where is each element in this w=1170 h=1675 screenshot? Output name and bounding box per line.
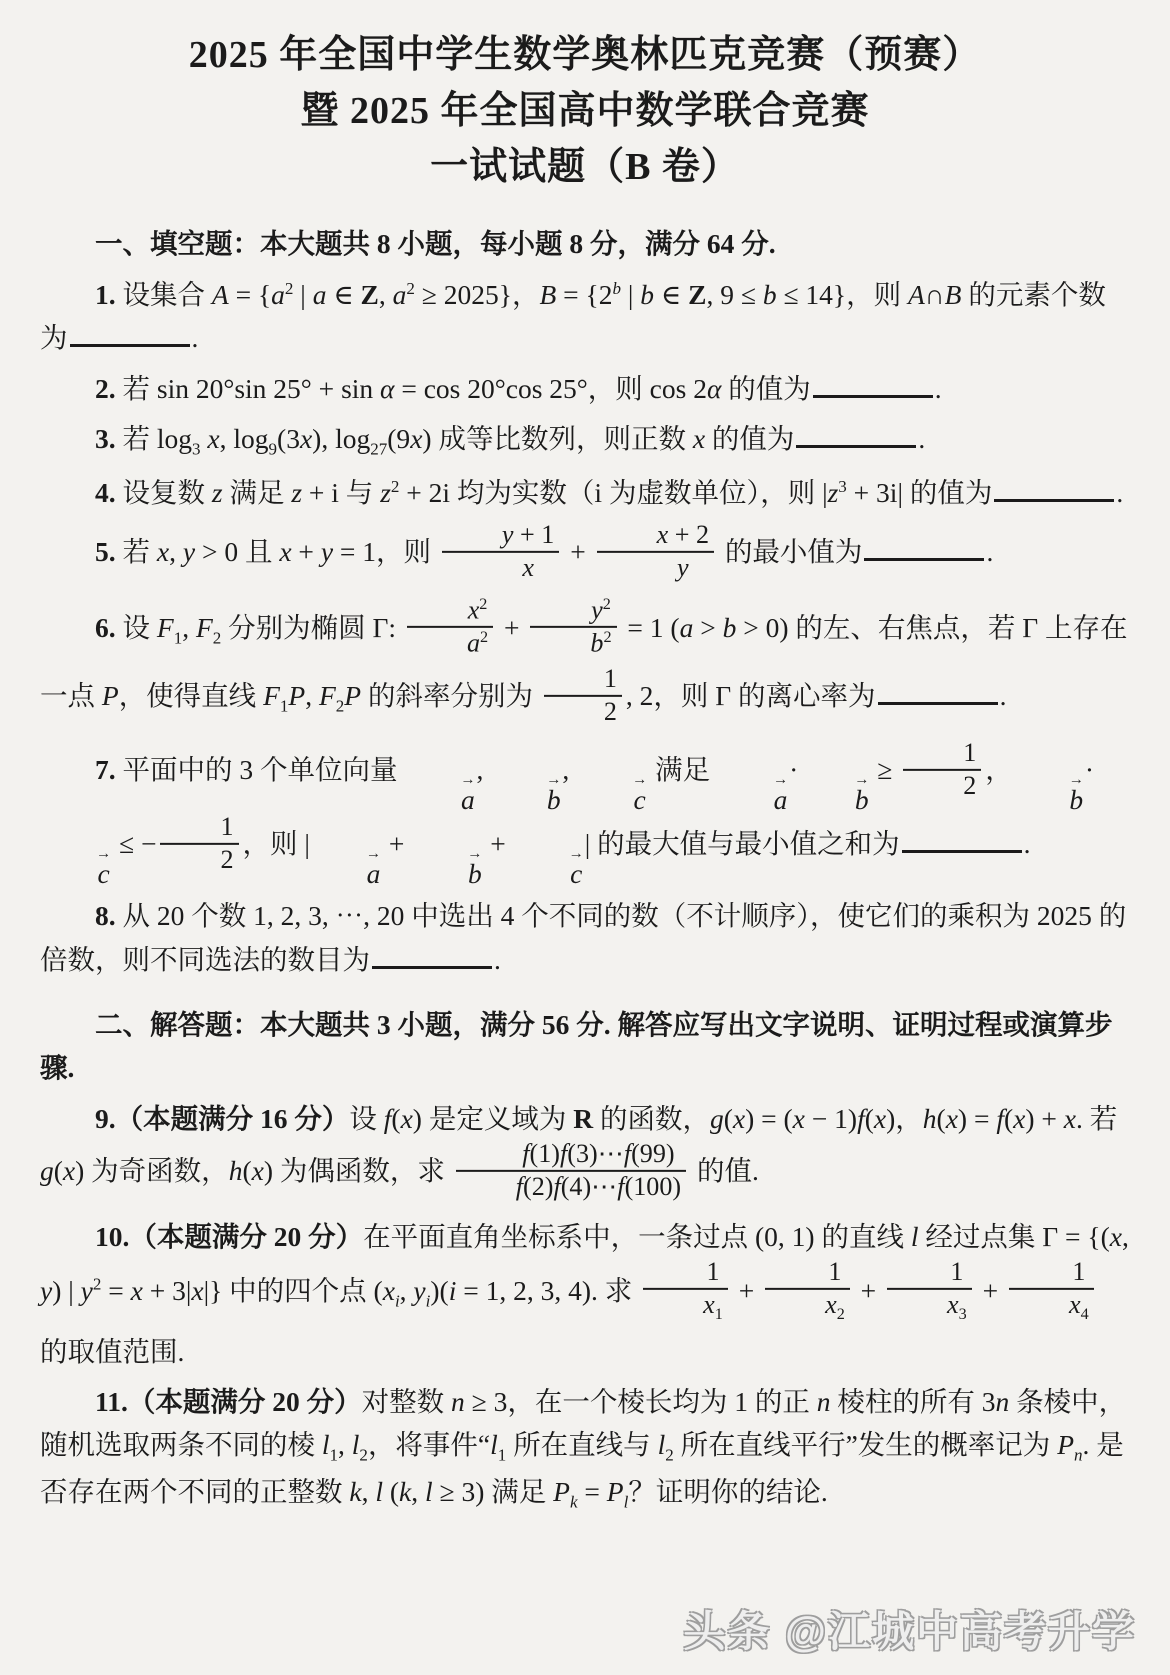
math-variable: f bbox=[384, 1103, 392, 1134]
fraction: 12 bbox=[160, 812, 238, 876]
math-variable: n bbox=[817, 1386, 831, 1417]
section-heading-2: 二、解答题：本大题共 3 小题，满分 56 分. 解答应写出文字说明、证明过程或… bbox=[40, 1003, 1130, 1090]
fraction: x2a2 bbox=[407, 595, 493, 660]
math-variable: y bbox=[81, 1275, 93, 1306]
math-variable: x bbox=[191, 1275, 203, 1306]
subscript: l bbox=[624, 1492, 629, 1511]
math-variable: x bbox=[131, 1275, 143, 1306]
question-10: 10.（本题满分 20 分）在平面直角坐标系中，一条过点 (0, 1) 的直线 … bbox=[40, 1215, 1130, 1373]
math-variable: i bbox=[449, 1275, 457, 1306]
vector: →a bbox=[405, 777, 475, 813]
math-variable: l bbox=[322, 1429, 330, 1460]
math-variable: x bbox=[207, 423, 219, 454]
math-variable: k bbox=[399, 1476, 411, 1507]
math-variable: P bbox=[344, 680, 361, 711]
math-variable: l bbox=[375, 1476, 383, 1507]
fraction-numerator: 1 bbox=[887, 1257, 972, 1290]
bold-text: 1. bbox=[95, 279, 116, 310]
subscript: 3 bbox=[959, 1305, 967, 1323]
math-variable: b bbox=[640, 279, 654, 310]
math-variable: a bbox=[680, 612, 694, 643]
superscript: 2 bbox=[391, 476, 400, 495]
fraction-denominator: 2 bbox=[903, 771, 981, 802]
watermark: 头条 @江城中高考升学 bbox=[683, 1599, 1136, 1659]
superscript: 2 bbox=[479, 595, 487, 613]
vector-letter: a bbox=[719, 786, 788, 814]
answer-blank bbox=[994, 497, 1114, 502]
question-6: 6. 设 F1, F2 分别为椭圆 Γ: x2a2 + y2b2 = 1 (a … bbox=[40, 596, 1130, 733]
vector: →b bbox=[799, 777, 869, 813]
math-variable: x bbox=[1013, 1103, 1025, 1134]
subscript: 9 bbox=[269, 440, 278, 459]
vector: →a bbox=[311, 851, 381, 887]
fraction: 12 bbox=[903, 738, 981, 802]
vector-letter: a bbox=[312, 860, 381, 888]
superscript: 2 bbox=[480, 628, 488, 646]
fraction-denominator: 2 bbox=[544, 696, 622, 727]
fraction-denominator: x4 bbox=[1009, 1290, 1094, 1324]
superscript: 2 bbox=[93, 1275, 102, 1294]
math-variable: F bbox=[196, 612, 213, 643]
vector-letter: c bbox=[579, 786, 646, 814]
math-variable: P bbox=[288, 680, 305, 711]
math-variable: x bbox=[1110, 1221, 1122, 1252]
math-variable: x bbox=[63, 1155, 75, 1186]
subscript: 1 bbox=[174, 628, 183, 647]
subscript: 2 bbox=[837, 1305, 845, 1323]
superscript: 2 bbox=[406, 279, 415, 298]
bold-text: 二、解答题：本大题共 3 小题，满分 56 分. 解答应写出文字说明、证明过程或… bbox=[40, 1009, 1113, 1083]
math-variable: x bbox=[1064, 1103, 1076, 1134]
math-variable: x bbox=[383, 1275, 395, 1306]
fraction: 1x1 bbox=[643, 1257, 728, 1324]
math-variable: y bbox=[183, 536, 195, 567]
math-set-symbol: R bbox=[573, 1103, 593, 1134]
exam-body: 一、填空题：本大题共 8 小题，每小题 8 分，满分 64 分.1. 设集合 A… bbox=[40, 222, 1130, 1516]
math-variable: P bbox=[102, 680, 119, 711]
fraction-numerator: f(1)f(3)⋯f(99) bbox=[456, 1139, 686, 1172]
bold-text: 4. bbox=[95, 477, 116, 508]
math-variable: B bbox=[945, 279, 962, 310]
subscript: 27 bbox=[370, 440, 387, 459]
question-5: 5. 若 x, y > 0 且 x + y = 1，则 y + 1x + x +… bbox=[40, 521, 1130, 589]
fraction-denominator: x bbox=[442, 553, 559, 584]
exam-title-line-1: 2025 年全国中学生数学奥林匹克竞赛（预赛） bbox=[40, 30, 1130, 80]
fraction-numerator: y + 1 bbox=[442, 520, 559, 553]
fraction-numerator: 1 bbox=[643, 1257, 728, 1290]
superscript: b bbox=[612, 279, 621, 298]
math-variable: g bbox=[40, 1155, 54, 1186]
fraction: y2b2 bbox=[530, 595, 616, 660]
subscript: 2 bbox=[665, 1446, 674, 1465]
math-variable: a bbox=[313, 279, 327, 310]
fraction-numerator: 1 bbox=[1009, 1257, 1094, 1290]
math-variable: f bbox=[560, 1139, 567, 1168]
math-variable: n bbox=[451, 1386, 465, 1417]
math-variable: z bbox=[828, 477, 839, 508]
math-variable: x bbox=[657, 520, 669, 549]
answer-blank bbox=[864, 556, 984, 561]
math-variable: z bbox=[380, 477, 391, 508]
bold-text: 8. bbox=[95, 900, 116, 931]
vector: →b bbox=[412, 851, 482, 887]
math-variable: F bbox=[263, 680, 280, 711]
math-variable: x bbox=[410, 423, 422, 454]
fraction: 1x4 bbox=[1009, 1257, 1094, 1324]
math-variable: n bbox=[995, 1386, 1009, 1417]
fraction: 1x2 bbox=[765, 1257, 850, 1324]
subscript: 3 bbox=[192, 440, 201, 459]
math-variable: x bbox=[793, 1103, 805, 1134]
subscript: k bbox=[570, 1492, 578, 1511]
fraction-denominator: x1 bbox=[643, 1290, 728, 1324]
math-variable: f bbox=[522, 1139, 529, 1168]
answer-blank bbox=[796, 443, 916, 448]
subscript: 4 bbox=[1081, 1305, 1089, 1323]
vector-letter: b bbox=[413, 860, 482, 888]
superscript: 2 bbox=[603, 628, 611, 646]
math-variable: f bbox=[624, 1139, 631, 1168]
bold-text: 11.（本题满分 20 分） bbox=[95, 1386, 362, 1417]
subscript: 2 bbox=[213, 628, 222, 647]
subscript: 2 bbox=[336, 696, 345, 715]
fraction-denominator: y bbox=[597, 553, 714, 584]
math-variable: a bbox=[467, 629, 480, 658]
math-variable: h bbox=[229, 1155, 243, 1186]
math-variable: l bbox=[490, 1429, 498, 1460]
fraction: 1x3 bbox=[887, 1257, 972, 1324]
question-9: 9.（本题满分 16 分）设 f(x) 是定义域为 R 的函数，g(x) = (… bbox=[40, 1097, 1130, 1208]
fraction-numerator: 1 bbox=[903, 738, 981, 771]
math-variable: F bbox=[319, 680, 336, 711]
math-set-symbol: Z bbox=[688, 279, 706, 310]
bold-text: 5. bbox=[95, 536, 116, 567]
fraction-denominator: x2 bbox=[765, 1290, 850, 1324]
bold-text: 7. bbox=[95, 754, 116, 785]
superscript: 3 bbox=[838, 476, 847, 495]
fraction-numerator: 1 bbox=[160, 812, 238, 845]
math-variable: y bbox=[40, 1275, 52, 1306]
bold-text: 2. bbox=[95, 373, 116, 404]
math-variable: x bbox=[947, 1290, 959, 1319]
math-variable: x bbox=[522, 553, 534, 582]
math-variable: h bbox=[923, 1103, 937, 1134]
math-variable: l bbox=[624, 1492, 629, 1511]
math-variable: x bbox=[825, 1290, 837, 1319]
vector-letter: a bbox=[406, 786, 475, 814]
vector: →a bbox=[718, 777, 788, 813]
math-variable: y bbox=[413, 1275, 425, 1306]
vector-letter: b bbox=[492, 786, 561, 814]
vector-letter: c bbox=[42, 860, 109, 888]
math-variable: x bbox=[693, 423, 705, 454]
answer-blank bbox=[813, 393, 933, 398]
fraction: 12 bbox=[544, 664, 622, 728]
answer-blank bbox=[70, 342, 190, 347]
vector: →c bbox=[577, 777, 647, 813]
fraction-denominator: b2 bbox=[530, 628, 616, 660]
math-variable: z bbox=[212, 477, 223, 508]
fraction: x + 2y bbox=[597, 520, 714, 584]
question-7: 7. 平面中的 3 个单位向量 →a, →b, →c 满足 →a·→b ≥ 12… bbox=[40, 739, 1130, 887]
math-variable: x bbox=[946, 1103, 958, 1134]
subscript: n bbox=[1074, 1446, 1083, 1465]
vector: →c bbox=[514, 851, 584, 887]
math-variable: x bbox=[874, 1103, 886, 1134]
answer-blank bbox=[372, 964, 492, 969]
answer-blank bbox=[902, 848, 1022, 853]
math-variable: b bbox=[763, 279, 777, 310]
math-variable: a bbox=[271, 279, 285, 310]
subscript: 1 bbox=[498, 1446, 507, 1465]
math-set-symbol: Z bbox=[361, 279, 379, 310]
math-variable: x bbox=[703, 1290, 715, 1319]
exam-title-line-2: 暨 2025 年全国高中数学联合竞赛 bbox=[40, 86, 1130, 136]
math-variable: x bbox=[401, 1103, 413, 1134]
math-variable: y bbox=[677, 553, 689, 582]
question-3: 3. 若 log3 x, log9(3x), log27(9x) 成等比数列，则… bbox=[40, 417, 1130, 463]
math-variable: P bbox=[553, 1476, 570, 1507]
math-variable: B bbox=[539, 279, 556, 310]
math-variable: x bbox=[157, 536, 169, 567]
math-variable: P bbox=[607, 1476, 624, 1507]
math-variable: k bbox=[570, 1492, 578, 1511]
subscript: 2 bbox=[359, 1446, 368, 1465]
math-variable: x bbox=[733, 1103, 745, 1134]
question-1: 1. 设集合 A = {a2 | a ∈ Z, a2 ≥ 2025}，B = {… bbox=[40, 273, 1130, 360]
math-variable: f bbox=[857, 1103, 865, 1134]
question-11: 11.（本题满分 20 分）对整数 n ≥ 3，在一个棱长均为 1 的正 n 棱… bbox=[40, 1380, 1130, 1516]
math-variable: i bbox=[395, 1292, 400, 1311]
superscript: 2 bbox=[285, 279, 294, 298]
subscript: i bbox=[426, 1292, 431, 1311]
fraction-denominator: 2 bbox=[160, 845, 238, 876]
fraction-denominator: a2 bbox=[407, 628, 493, 660]
question-2: 2. 若 sin 20°sin 25° + sin α = cos 20°cos… bbox=[40, 367, 1130, 410]
fraction-numerator: x2 bbox=[407, 595, 493, 629]
math-variable: A bbox=[908, 279, 925, 310]
math-variable: z bbox=[291, 477, 302, 508]
math-variable: f bbox=[617, 1172, 624, 1201]
math-variable: a bbox=[393, 279, 407, 310]
math-variable: x bbox=[252, 1155, 264, 1186]
fraction-denominator: x3 bbox=[887, 1290, 972, 1324]
vector: →c bbox=[41, 851, 111, 887]
bold-text: 3. bbox=[95, 423, 116, 454]
bold-text: 一、填空题：本大题共 8 小题，每小题 8 分，满分 64 分. bbox=[95, 228, 776, 259]
math-variable: y bbox=[321, 536, 333, 567]
fraction-numerator: y2 bbox=[530, 595, 616, 629]
math-variable: y bbox=[502, 520, 514, 549]
math-variable: x bbox=[279, 536, 291, 567]
math-variable: i bbox=[426, 1292, 431, 1311]
math-variable: n bbox=[1074, 1446, 1083, 1465]
math-variable: x bbox=[300, 423, 312, 454]
math-variable: f bbox=[996, 1103, 1004, 1134]
subscript: 1 bbox=[330, 1446, 339, 1465]
math-variable: α bbox=[707, 373, 721, 404]
vector-letter: b bbox=[1014, 786, 1083, 814]
math-variable: f bbox=[516, 1172, 523, 1201]
fraction: f(1)f(3)⋯f(99)f(2)f(4)⋯f(100) bbox=[456, 1139, 686, 1203]
math-variable: k bbox=[349, 1476, 361, 1507]
math-variable: f bbox=[553, 1172, 560, 1201]
superscript: 2 bbox=[603, 595, 611, 613]
section-heading-1: 一、填空题：本大题共 8 小题，每小题 8 分，满分 64 分. bbox=[40, 222, 1130, 265]
subscript: 1 bbox=[715, 1305, 723, 1323]
fraction-denominator: f(2)f(4)⋯f(100) bbox=[456, 1172, 686, 1203]
math-variable: y bbox=[591, 595, 603, 624]
math-variable: F bbox=[157, 612, 174, 643]
math-variable: b bbox=[723, 612, 737, 643]
math-variable: b bbox=[590, 629, 603, 658]
math-variable: g bbox=[710, 1103, 724, 1134]
math-variable: b bbox=[612, 279, 621, 298]
vector: →b bbox=[1014, 777, 1084, 813]
fraction-numerator: x + 2 bbox=[597, 520, 714, 553]
answer-blank bbox=[878, 700, 998, 705]
fraction-numerator: 1 bbox=[765, 1257, 850, 1290]
bold-text: 6. bbox=[95, 612, 116, 643]
math-variable: l bbox=[425, 1476, 433, 1507]
vector-letter: b bbox=[800, 786, 869, 814]
subscript: i bbox=[395, 1292, 400, 1311]
math-variable: α bbox=[380, 373, 394, 404]
question-8: 8. 从 20 个数 1, 2, 3, ⋯, 20 中选出 4 个不同的数（不计… bbox=[40, 894, 1130, 981]
fraction: y + 1x bbox=[442, 520, 559, 584]
exam-title-line-3: 一试试题（B 卷） bbox=[40, 142, 1130, 192]
math-variable: x bbox=[1069, 1290, 1081, 1319]
math-variable: A bbox=[212, 279, 229, 310]
vector: →b bbox=[491, 777, 561, 813]
math-variable: l bbox=[911, 1221, 919, 1252]
exam-header: 2025 年全国中学生数学奥林匹克竞赛（预赛） 暨 2025 年全国高中数学联合… bbox=[40, 30, 1130, 192]
vector-letter: c bbox=[515, 860, 582, 888]
exam-page: 2025 年全国中学生数学奥林匹克竞赛（预赛） 暨 2025 年全国高中数学联合… bbox=[0, 0, 1170, 1675]
math-variable: x bbox=[468, 595, 480, 624]
math-variable: P bbox=[1057, 1429, 1074, 1460]
question-4: 4. 设复数 z 满足 z + i 与 z2 + 2i 均为实数（i 为虚数单位… bbox=[40, 471, 1130, 514]
bold-text: 9.（本题满分 16 分） bbox=[95, 1103, 349, 1134]
fraction-numerator: 1 bbox=[544, 664, 622, 697]
bold-text: 10.（本题满分 20 分） bbox=[95, 1221, 363, 1252]
